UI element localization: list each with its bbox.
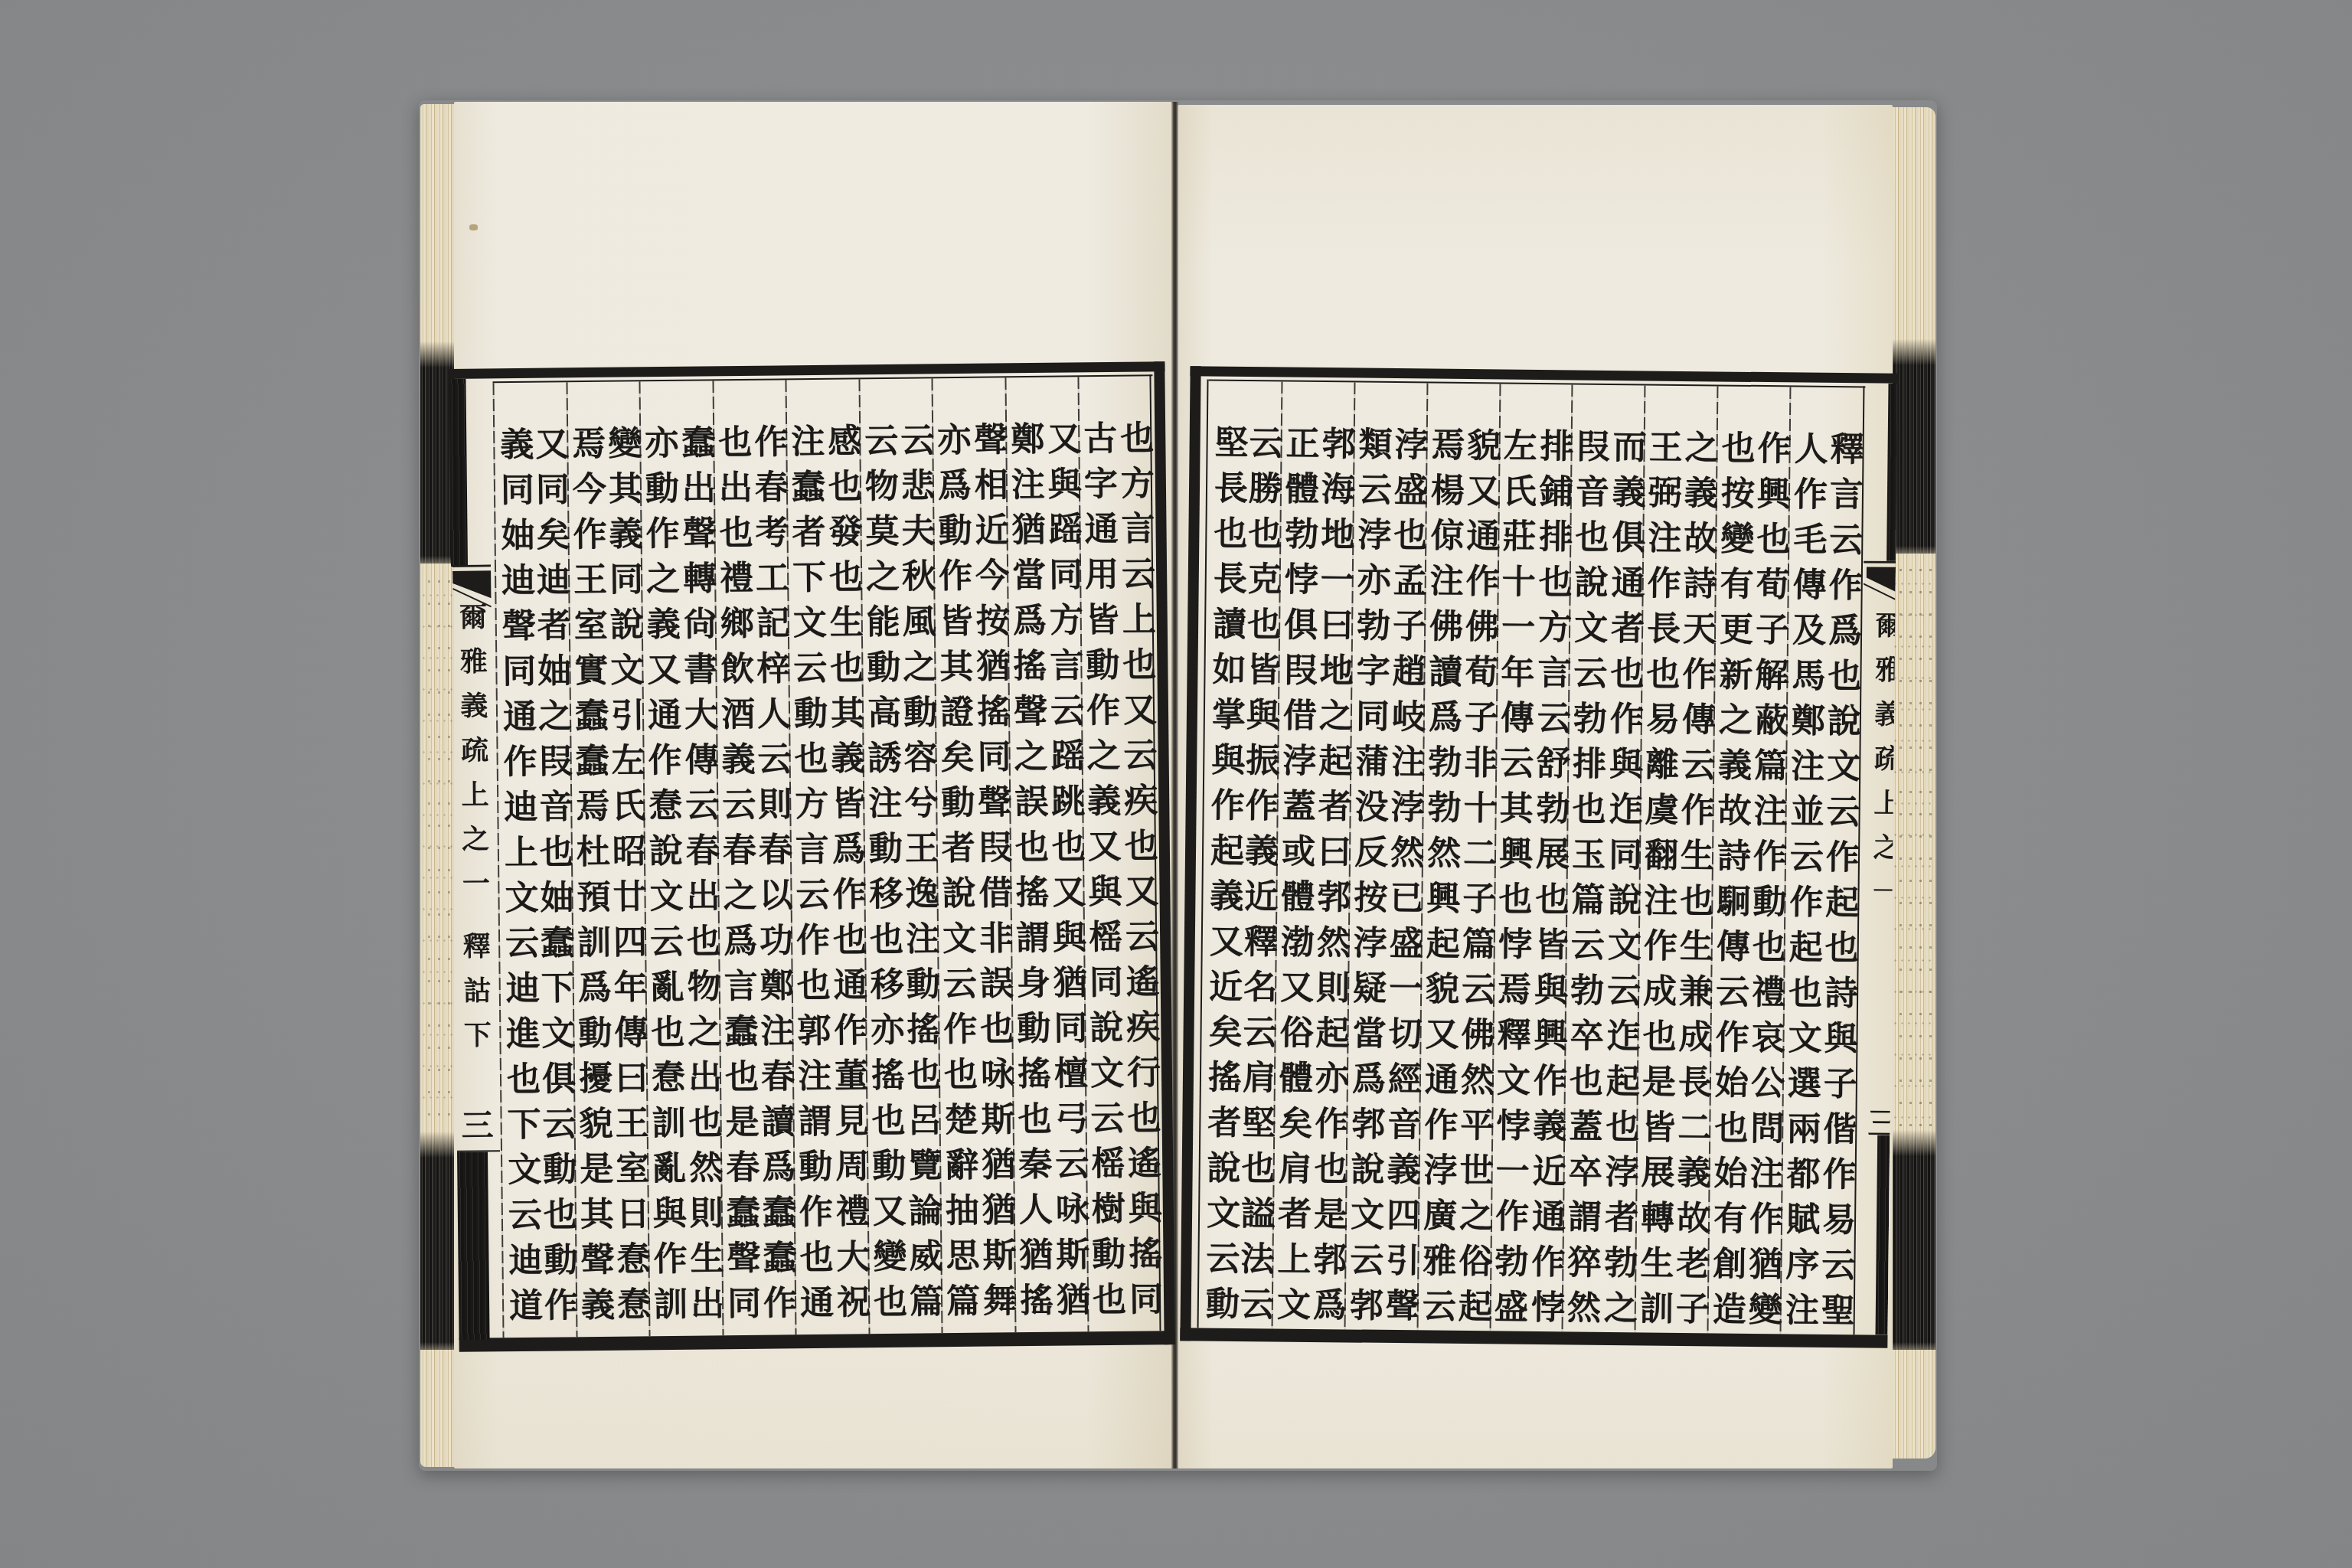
banxin-black-band-bottom bbox=[457, 1151, 490, 1339]
paper-blemish bbox=[469, 224, 478, 230]
banxin-black-band-top bbox=[1886, 384, 1897, 561]
right-stack-ink-smear-bottom bbox=[1891, 1130, 1935, 1350]
left-stack-ink-smear-bottom bbox=[420, 1132, 456, 1350]
banxin-leaf-number: 三 bbox=[460, 1108, 491, 1140]
banxin-book-title: 爾雅義疏上之一 bbox=[456, 602, 489, 913]
left-stack-ink-specks bbox=[423, 567, 453, 1125]
photo-scene: 爾雅義疏上之一 釋詁下 三 也方言云上也又云疾也又云遙疾行也遙與搖同 古字通用皆… bbox=[0, 0, 2352, 1568]
fish-tail-ornament bbox=[1864, 560, 1896, 600]
banxin-black-band-bottom bbox=[1875, 1135, 1890, 1335]
right-stack-ink-specks bbox=[1894, 555, 1932, 1129]
left-printed-frame: 爾雅義疏上之一 釋詁下 三 也方言云上也又云疾也又云遙疾行也遙與搖同 古字通用皆… bbox=[449, 361, 1174, 1352]
text-column: 義同妯迪聲同通作迪上文云迪進也下文云迪道 bbox=[495, 426, 541, 1333]
text-column: 堅長也長讀如掌與作起義又近矣搖者說文云動 bbox=[1200, 424, 1246, 1331]
banxin-black-band-top bbox=[449, 379, 468, 567]
right-printed-frame: 爾雅義疏上之一 三 釋言云作爲也說文云作起也詩與子偕作易云聖 人作毛傳及馬鄭注並… bbox=[1180, 366, 1897, 1348]
right-stack-ink-smear-top bbox=[1891, 339, 1935, 554]
banxin-section-title: 釋詁下 bbox=[459, 931, 492, 1064]
